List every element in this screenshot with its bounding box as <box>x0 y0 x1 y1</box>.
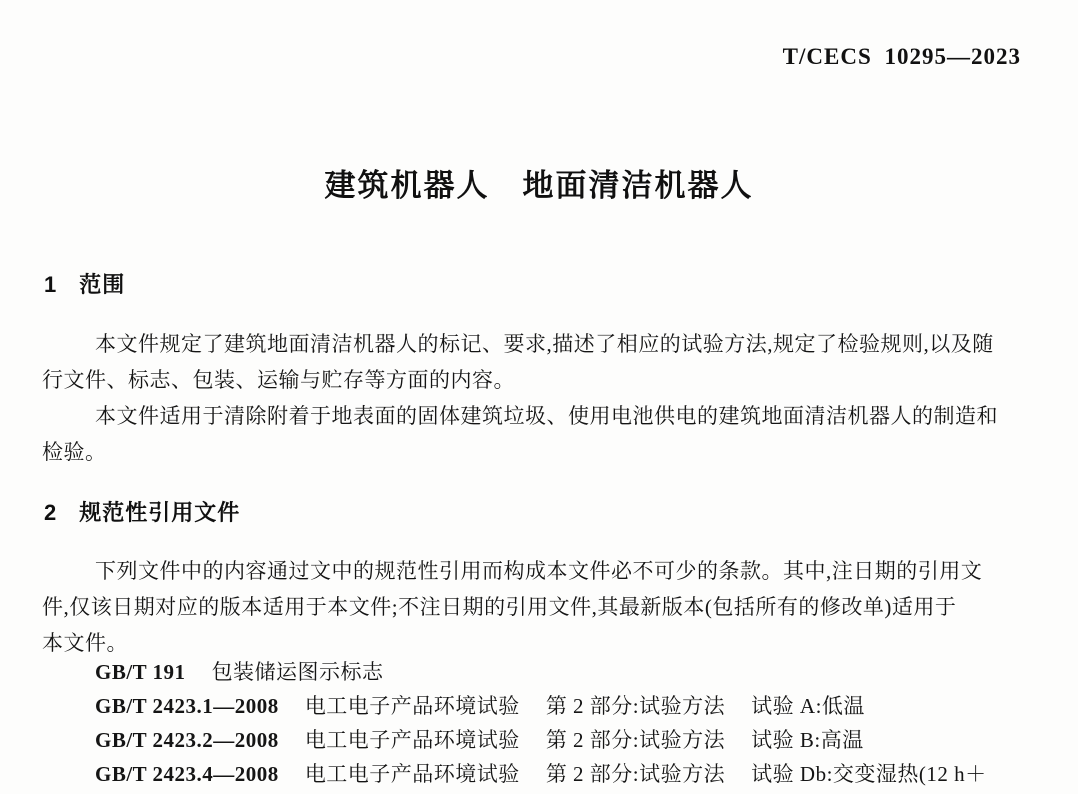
reference-code: GB/T 2423.1—2008 <box>95 689 279 723</box>
document-page: T/CECS 10295—2023 建筑机器人 地面清洁机器人 1范围 本文件规… <box>0 0 1078 794</box>
section-2-title: 规范性引用文件 <box>79 500 240 525</box>
reference-item: GB/T 2423.4—2008 电工电子产品环境试验 第 2 部分:试验方法 … <box>95 757 987 791</box>
reference-title: 电工电子产品环境试验 <box>305 757 520 791</box>
reference-test: 试验 Db:交变湿热(12 h＋ <box>751 757 987 791</box>
reference-title: 电工电子产品环境试验 <box>305 689 520 723</box>
reference-title: 包装储运图示标志 <box>212 655 384 689</box>
text-line: 检验。 <box>42 434 1052 470</box>
text-line: 本文件规定了建筑地面清洁机器人的标记、要求,描述了相应的试验方法,规定了检验规则… <box>42 326 1052 362</box>
reference-part: 第 2 部分:试验方法 <box>546 757 725 791</box>
reference-code: GB/T 2423.4—2008 <box>95 757 279 791</box>
section-1-number: 1 <box>44 272 57 298</box>
reference-test: 试验 B:高温 <box>751 723 864 757</box>
reference-item: GB/T 2423.1—2008 电工电子产品环境试验 第 2 部分:试验方法 … <box>95 689 987 723</box>
text-line: 本文件适用于清除附着于地表面的固体建筑垃圾、使用电池供电的建筑地面清洁机器人的制… <box>42 398 1052 434</box>
standard-number: T/CECS 10295—2023 <box>783 44 1021 70</box>
reference-part: 第 2 部分:试验方法 <box>546 689 725 723</box>
section-1-heading: 1范围 <box>44 268 125 299</box>
reference-title: 电工电子产品环境试验 <box>305 723 520 757</box>
scope-paragraph-1: 本文件规定了建筑地面清洁机器人的标记、要求,描述了相应的试验方法,规定了检验规则… <box>42 326 1052 398</box>
text-line: 件,仅该日期对应的版本适用于本文件;不注日期的引用文件,其最新版本(包括所有的修… <box>42 589 1052 625</box>
reference-item: GB/T 2423.2—2008 电工电子产品环境试验 第 2 部分:试验方法 … <box>95 723 987 757</box>
document-title: 建筑机器人 地面清洁机器人 <box>0 160 1078 205</box>
section-1-title: 范围 <box>79 272 125 297</box>
text-line: 下列文件中的内容通过文中的规范性引用而构成本文件必不可少的条款。其中,注日期的引… <box>42 553 1052 589</box>
reference-list: GB/T 191 包装储运图示标志 GB/T 2423.1—2008 电工电子产… <box>95 655 987 791</box>
reference-code: GB/T 191 <box>95 655 186 689</box>
text-line: 行文件、标志、包装、运输与贮存等方面的内容。 <box>42 362 1052 398</box>
reference-part: 第 2 部分:试验方法 <box>546 723 725 757</box>
reference-test: 试验 A:低温 <box>751 689 865 723</box>
section-2-heading: 2规范性引用文件 <box>44 496 240 527</box>
normative-references-intro: 下列文件中的内容通过文中的规范性引用而构成本文件必不可少的条款。其中,注日期的引… <box>42 553 1052 661</box>
scope-paragraph-2: 本文件适用于清除附着于地表面的固体建筑垃圾、使用电池供电的建筑地面清洁机器人的制… <box>42 398 1052 470</box>
section-2-number: 2 <box>44 500 57 526</box>
reference-code: GB/T 2423.2—2008 <box>95 723 279 757</box>
reference-item: GB/T 191 包装储运图示标志 <box>95 655 987 689</box>
